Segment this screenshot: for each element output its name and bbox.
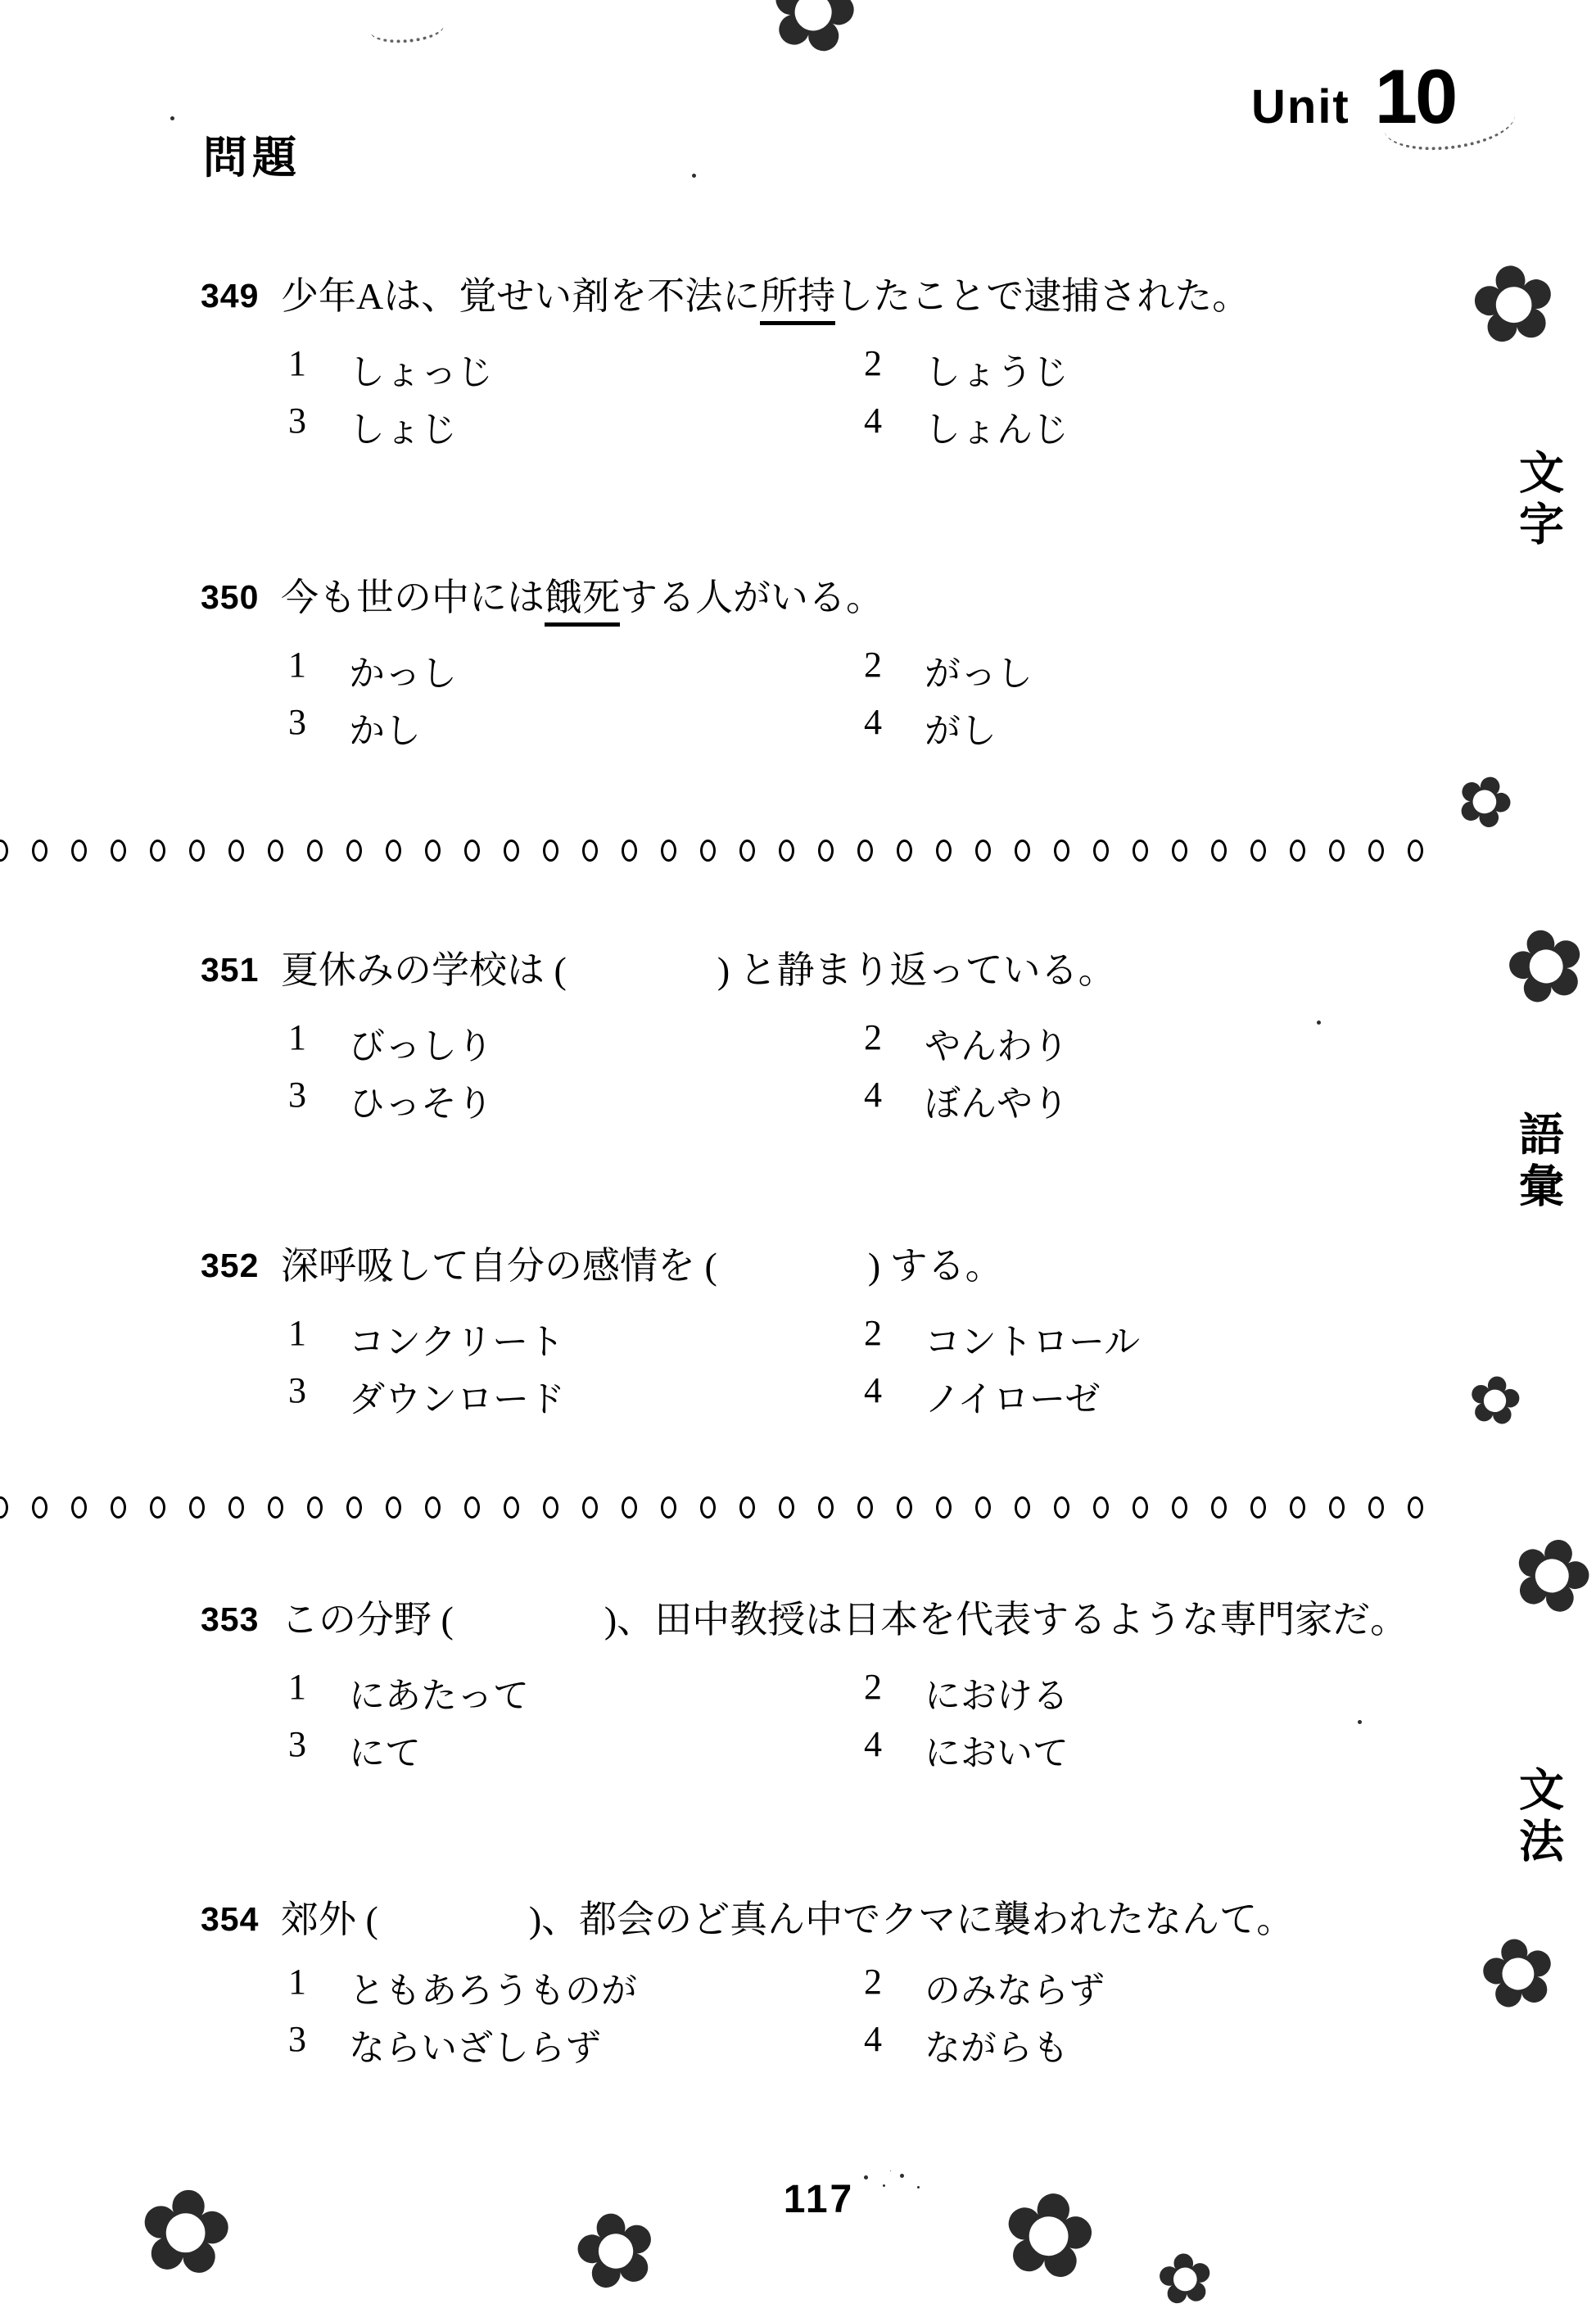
option-text: ぼんやり xyxy=(925,1074,1069,1126)
option-row: 1 ともあろうものが 2 のみならず xyxy=(201,1961,1560,2013)
divider-dot xyxy=(71,840,87,862)
divider-dot xyxy=(779,1496,794,1519)
option-text: コントロール xyxy=(925,1312,1140,1365)
divider-dot xyxy=(543,1496,558,1519)
flower-stamp-icon: ✿ xyxy=(1472,1921,1565,2026)
option-text: ダウンロード xyxy=(349,1369,565,1422)
flower-stamp-icon: ✿ xyxy=(132,2170,239,2294)
divider-dot xyxy=(897,840,912,862)
question-number: 349 xyxy=(201,277,259,315)
ink-speck xyxy=(692,174,696,178)
divider-dot xyxy=(228,1496,244,1519)
divider-dot xyxy=(700,840,716,862)
option-text: において xyxy=(925,1723,1069,1776)
ink-speck-cluster xyxy=(864,2175,868,2179)
question-stem: 夏休みの学校は ( ) と静まり返っている。 xyxy=(281,946,1116,995)
divider-dot xyxy=(818,840,834,862)
flower-stamp-icon: ✿ xyxy=(1463,1365,1527,1437)
flower-stamp-icon: ✿ xyxy=(1463,247,1565,363)
side-tab-moji: 文字 xyxy=(1505,449,1570,552)
ink-speck xyxy=(170,116,174,120)
divider-dot xyxy=(622,840,637,862)
option-row: 3 ひっそり 4 ぼんやり xyxy=(201,1074,1560,1126)
option-number: 2 xyxy=(864,1016,882,1058)
question-number: 352 xyxy=(201,1247,259,1285)
divider-dot xyxy=(71,1496,87,1519)
option-number: 1 xyxy=(288,342,306,384)
question-stem: この分野 ( )、田中教授は日本を代表するような専門家だ。 xyxy=(281,1596,1408,1645)
option-row: 1 かっし 2 がっし xyxy=(201,644,1560,696)
divider-dot xyxy=(1250,840,1266,862)
divider-dot xyxy=(1093,840,1109,862)
option-text: かっし xyxy=(349,644,457,696)
divider-dot xyxy=(111,1496,126,1519)
divider-dot xyxy=(0,1496,8,1519)
option-text: コンクリート xyxy=(349,1312,564,1365)
divider-dot xyxy=(307,1496,323,1519)
option-number: 4 xyxy=(864,1074,882,1116)
option-number: 3 xyxy=(288,2018,306,2060)
divider-dot xyxy=(700,1496,716,1519)
divider-dot xyxy=(228,840,244,862)
option-number: 1 xyxy=(288,1961,306,2003)
divider-dot xyxy=(543,840,558,862)
divider-dot xyxy=(386,1496,401,1519)
divider-dot xyxy=(1290,840,1305,862)
divider-dot xyxy=(1368,840,1384,862)
option-number: 1 xyxy=(288,1666,306,1708)
option-text: ともあろうものが xyxy=(349,1961,637,2013)
divider-dot xyxy=(1290,1496,1305,1519)
divider-dot xyxy=(661,1496,676,1519)
divider-dot xyxy=(32,1496,47,1519)
divider-dot xyxy=(111,840,126,862)
divider-dot xyxy=(1329,840,1345,862)
dotted-divider xyxy=(0,840,1447,860)
side-tab-goi: 語彙 xyxy=(1505,1111,1570,1214)
option-text: にあたって xyxy=(349,1666,529,1718)
divider-dot xyxy=(936,1496,952,1519)
unit-label: Unit xyxy=(1251,79,1350,134)
scanned-textbook-page: 問題 Unit 10 349 少年Aは、覚せい剤を不法に所持したことで逮捕された… xyxy=(0,0,1596,2322)
divider-dot xyxy=(661,840,676,862)
divider-dot xyxy=(464,1496,480,1519)
option-text: びっしり xyxy=(349,1016,493,1069)
option-number: 1 xyxy=(288,1016,306,1058)
option-row: 1 しょっじ 2 しょうじ xyxy=(201,342,1560,395)
divider-dot xyxy=(936,840,952,862)
option-number: 3 xyxy=(288,1369,306,1411)
ink-smudge xyxy=(369,11,445,46)
divider-dot xyxy=(504,1496,519,1519)
divider-dot xyxy=(189,840,205,862)
divider-dot xyxy=(150,1496,165,1519)
divider-dot xyxy=(1211,840,1227,862)
divider-dot xyxy=(1093,1496,1109,1519)
divider-dot xyxy=(268,1496,283,1519)
option-number: 4 xyxy=(864,400,882,441)
stem-text: 少年Aは、覚せい剤を不法に xyxy=(281,275,760,317)
divider-dot xyxy=(1172,840,1187,862)
ink-speck xyxy=(1317,1021,1321,1025)
option-row: 3 ならいざしらず 4 ながらも xyxy=(201,2018,1560,2071)
divider-dot xyxy=(1015,1496,1030,1519)
divider-dot xyxy=(622,1496,637,1519)
question-stem: 少年Aは、覚せい剤を不法に所持したことで逮捕された。 xyxy=(281,272,1250,321)
option-number: 2 xyxy=(864,1666,882,1708)
stem-text: 今も世の中には xyxy=(281,577,545,618)
question-number: 351 xyxy=(201,951,259,989)
option-number: 3 xyxy=(288,1723,306,1765)
option-text: しょっじ xyxy=(349,342,493,395)
divider-dot xyxy=(818,1496,834,1519)
option-text: ノイローゼ xyxy=(925,1369,1101,1422)
stem-text: する人がいる。 xyxy=(620,577,884,618)
divider-dot xyxy=(307,840,323,862)
option-text: やんわり xyxy=(925,1016,1069,1069)
option-number: 3 xyxy=(288,400,306,441)
divider-dot xyxy=(1368,1496,1384,1519)
dotted-divider xyxy=(0,1497,1447,1517)
side-tab-bunpou: 文法 xyxy=(1505,1766,1570,1869)
divider-dot xyxy=(1408,840,1423,862)
flower-stamp-icon: ✿ xyxy=(992,2171,1106,2301)
option-text: かし xyxy=(349,701,421,754)
divider-dot xyxy=(425,840,441,862)
option-text: のみならず xyxy=(925,1961,1105,2013)
divider-dot xyxy=(1054,1496,1069,1519)
divider-dot xyxy=(975,840,991,862)
flower-stamp-icon: ✿ xyxy=(1494,909,1596,1025)
flower-stamp-icon: ✿ xyxy=(1153,2242,1218,2316)
option-number: 4 xyxy=(864,1723,882,1765)
option-row: 3 かし 4 がし xyxy=(201,701,1560,754)
option-number: 3 xyxy=(288,701,306,743)
option-number: 4 xyxy=(864,701,882,743)
page-title: 問題 xyxy=(203,123,301,186)
option-number: 2 xyxy=(864,342,882,384)
stem-text: 夏休みの学校は ( ) と静まり返っている。 xyxy=(281,949,1116,991)
option-number: 4 xyxy=(864,2018,882,2060)
question-stem: 今も世の中には餓死する人がいる。 xyxy=(281,573,884,622)
flower-stamp-icon: ✿ xyxy=(757,0,869,74)
divider-dot xyxy=(268,840,283,862)
flower-stamp-icon: ✿ xyxy=(563,2193,667,2310)
option-text: がし xyxy=(925,701,997,754)
option-row: 3 しょじ 4 しょんじ xyxy=(201,400,1560,452)
stem-text: 深呼吸して自分の感情を ( ) する。 xyxy=(281,1245,1003,1287)
option-text: ながらも xyxy=(925,2018,1069,2071)
divider-dot xyxy=(1015,840,1030,862)
question-stem: 郊外 ( )、都会のど真ん中でクマに襲われたなんて。 xyxy=(281,1895,1294,1944)
divider-dot xyxy=(779,840,794,862)
option-number: 1 xyxy=(288,644,306,686)
option-text: ひっそり xyxy=(349,1074,493,1126)
stem-text: この分野 ( )、田中教授は日本を代表するような専門家だ。 xyxy=(281,1599,1408,1641)
divider-dot xyxy=(1329,1496,1345,1519)
stem-underlined-word: 餓死 xyxy=(545,577,620,627)
divider-dot xyxy=(0,840,8,862)
divider-dot xyxy=(897,1496,912,1519)
divider-dot xyxy=(386,840,401,862)
option-text: ならいざしらず xyxy=(349,2018,601,2071)
divider-dot xyxy=(425,1496,441,1519)
divider-dot xyxy=(1133,1496,1148,1519)
divider-dot xyxy=(464,840,480,862)
option-text: しょんじ xyxy=(925,400,1069,452)
question-number: 354 xyxy=(201,1900,259,1939)
option-number: 4 xyxy=(864,1369,882,1411)
option-text: における xyxy=(925,1666,1069,1718)
option-row: 1 コンクリート 2 コントロール xyxy=(201,1312,1560,1365)
divider-dot xyxy=(739,1496,755,1519)
divider-dot xyxy=(582,840,598,862)
option-number: 2 xyxy=(864,644,882,686)
page-number: 117 xyxy=(721,2177,917,2222)
question-stem: 深呼吸して自分の感情を ( ) する。 xyxy=(281,1242,1003,1291)
option-row: 1 にあたって 2 における xyxy=(201,1666,1560,1718)
ink-speck xyxy=(382,1278,387,1282)
option-text: しょうじ xyxy=(925,342,1069,395)
divider-dot xyxy=(1250,1496,1266,1519)
question-number: 350 xyxy=(201,578,259,617)
divider-dot xyxy=(582,1496,598,1519)
option-row: 3 にて 4 において xyxy=(201,1723,1560,1776)
divider-dot xyxy=(1408,1496,1423,1519)
divider-dot xyxy=(1054,840,1069,862)
question-number: 353 xyxy=(201,1600,259,1639)
option-number: 2 xyxy=(864,1961,882,2003)
flower-stamp-icon: ✿ xyxy=(1499,1517,1596,1634)
option-text: しょじ xyxy=(349,400,457,452)
option-row: 1 びっしり 2 やんわり xyxy=(201,1016,1560,1069)
divider-dot xyxy=(1133,840,1148,862)
divider-dot xyxy=(504,840,519,862)
divider-dot xyxy=(975,1496,991,1519)
flower-stamp-icon: ✿ xyxy=(1446,758,1524,843)
divider-dot xyxy=(857,1496,873,1519)
divider-dot xyxy=(739,840,755,862)
option-row: 3 ダウンロード 4 ノイローゼ xyxy=(201,1369,1560,1422)
option-text: がっし xyxy=(925,644,1033,696)
option-number: 2 xyxy=(864,1312,882,1354)
stem-text: 郊外 ( )、都会のど真ん中でクマに襲われたなんて。 xyxy=(281,1899,1294,1940)
option-number: 3 xyxy=(288,1074,306,1116)
option-text: にて xyxy=(349,1723,421,1776)
divider-dot xyxy=(1172,1496,1187,1519)
divider-dot xyxy=(150,840,165,862)
divider-dot xyxy=(189,1496,205,1519)
stem-text: したことで逮捕された。 xyxy=(835,275,1250,317)
option-number: 1 xyxy=(288,1312,306,1354)
divider-dot xyxy=(857,840,873,862)
divider-dot xyxy=(1211,1496,1227,1519)
stem-underlined-word: 所持 xyxy=(760,275,835,325)
divider-dot xyxy=(346,1496,362,1519)
divider-dot xyxy=(346,840,362,862)
divider-dot xyxy=(32,840,47,862)
ink-speck xyxy=(1358,1720,1362,1724)
